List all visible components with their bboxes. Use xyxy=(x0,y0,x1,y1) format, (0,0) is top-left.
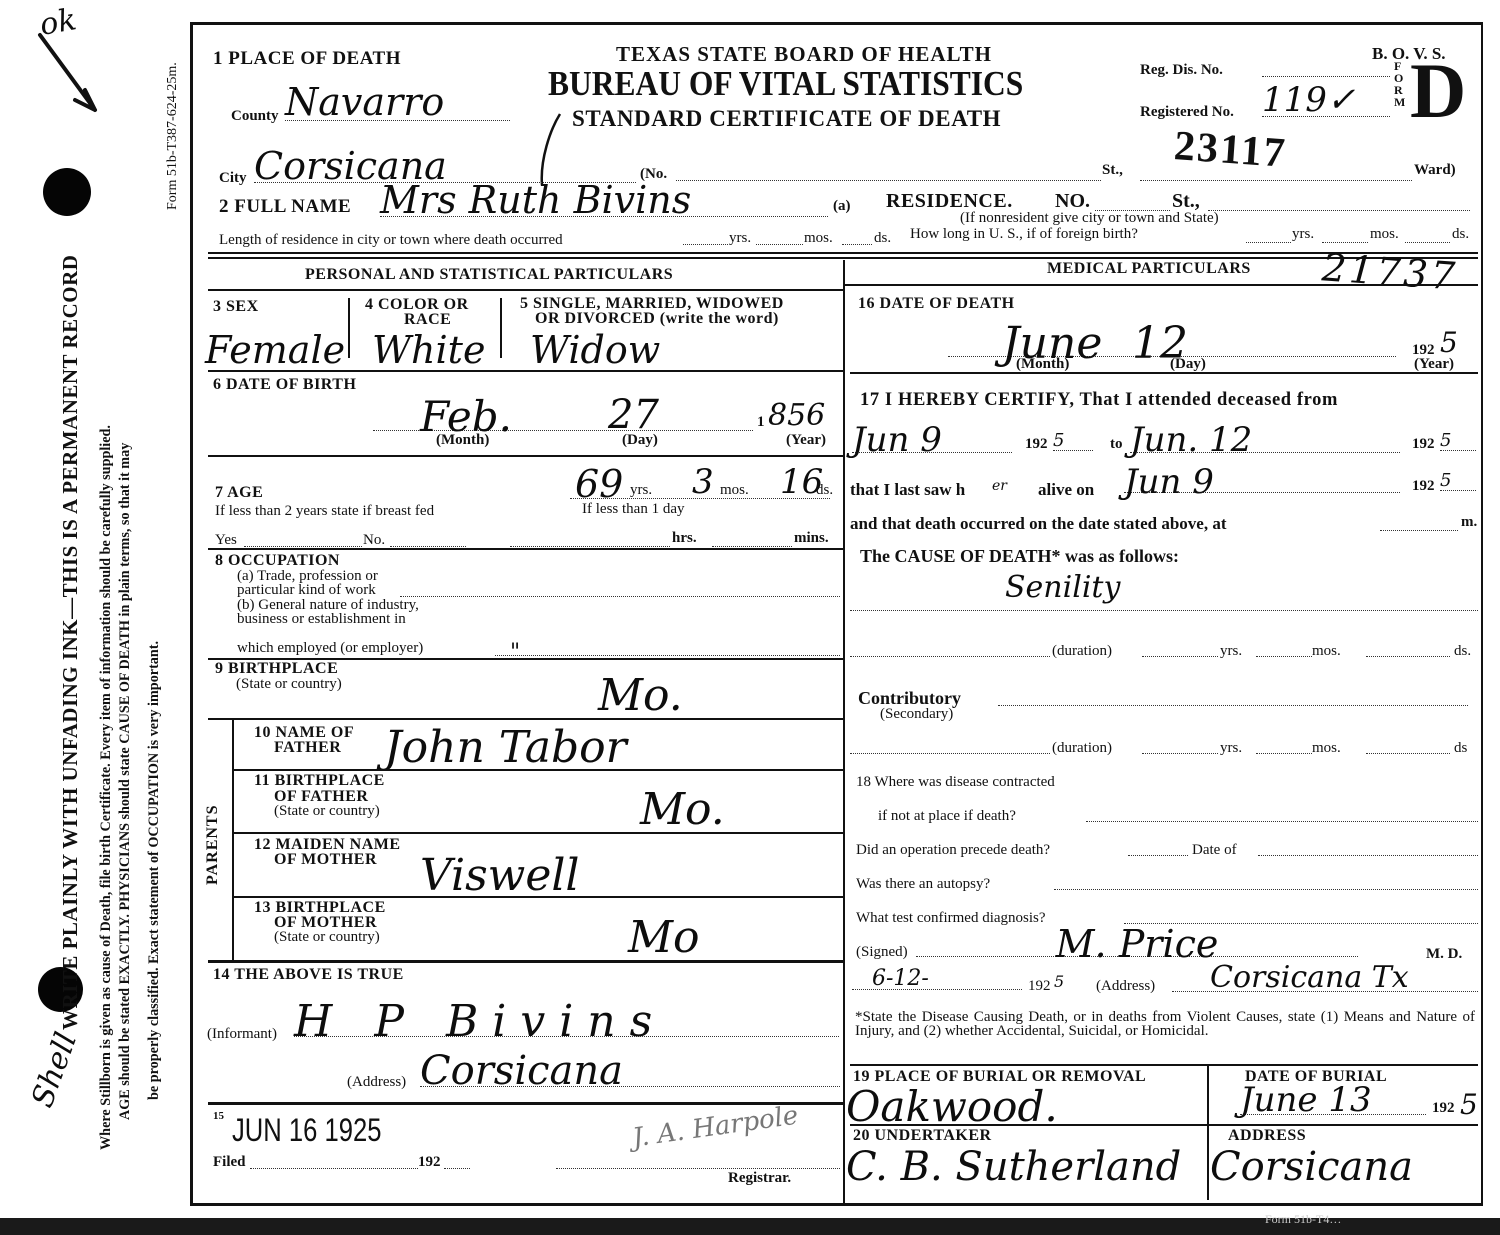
county-field[interactable]: Navarro xyxy=(285,80,510,121)
physician-signature-field[interactable]: M. Price xyxy=(916,922,1358,957)
filed-label: Filed xyxy=(213,1154,246,1171)
birthplace-field[interactable]: Mo. xyxy=(598,670,683,721)
hrs-label: hrs. xyxy=(672,530,697,547)
autopsy-label: Was there an autopsy? xyxy=(856,876,990,893)
mother-birthplace-field[interactable]: Mo xyxy=(628,912,700,963)
cause-duration-field[interactable] xyxy=(850,654,1050,657)
informant-address-field[interactable]: Corsicana xyxy=(420,1048,840,1087)
footnote: *State the Disease Causing Death, or in … xyxy=(855,1010,1475,1038)
city-label: City xyxy=(219,170,247,187)
divider xyxy=(208,718,843,720)
nonresident-note: (If nonresident give city or town and St… xyxy=(960,210,1219,227)
residence-ds-field[interactable] xyxy=(842,232,872,245)
place-of-death-title: 1 PLACE OF DEATH xyxy=(213,48,401,70)
registered-no-label: Registered No. xyxy=(1140,104,1234,121)
race-field[interactable]: White xyxy=(372,328,485,372)
header-divider-2 xyxy=(208,257,1478,259)
margin-instruction-2: Where Stillborn is given as cause of Dea… xyxy=(98,425,115,1150)
date-of-death-label: 16 DATE OF DEATH xyxy=(858,295,1015,313)
birthplace-sub-label: (State or country) xyxy=(236,676,342,693)
attended-to-field[interactable]: Jun. 12 xyxy=(1130,420,1400,453)
mos-label: mos. xyxy=(720,482,749,499)
personal-section-title: PERSONAL AND STATISTICAL PARTICULARS xyxy=(305,266,673,284)
last-saw-pronoun-field[interactable]: er xyxy=(992,478,1007,494)
ward-label: Ward) xyxy=(1414,162,1456,179)
burial-year-prefix: 192 xyxy=(1432,1100,1455,1117)
yrs-label: yrs. xyxy=(1220,643,1242,660)
cause-line xyxy=(850,608,1478,611)
divider-thick xyxy=(208,1102,843,1105)
physician-address-field[interactable]: Corsicana Tx xyxy=(1172,960,1478,992)
divider xyxy=(208,370,843,372)
duration-label: (duration) xyxy=(1052,643,1112,660)
last-saw-label-2: alive on xyxy=(1038,480,1094,500)
ds-label: ds. xyxy=(1452,226,1469,243)
contrib-yrs-field[interactable] xyxy=(1142,751,1218,754)
divider xyxy=(208,289,843,291)
operation-date-field[interactable] xyxy=(1258,853,1478,856)
foreign-mos-field[interactable] xyxy=(1322,230,1368,243)
filed-year-prefix: 192 xyxy=(418,1154,441,1171)
year-caption: (Year) xyxy=(786,432,826,449)
duration-ds-field[interactable] xyxy=(1366,654,1450,657)
less-than-day-label: If less than 1 day xyxy=(582,501,684,518)
ds-label: ds. xyxy=(816,482,833,499)
occupation-b-2: business or establishment in xyxy=(237,611,406,628)
m-label: m. xyxy=(1461,514,1477,531)
day-caption: (Day) xyxy=(622,432,658,449)
certificate-title: STANDARD CERTIFICATE OF DEATH xyxy=(572,106,1001,132)
father-birthplace-label-3: (State or country) xyxy=(274,803,380,820)
contrib-mos-field[interactable] xyxy=(1256,751,1312,754)
marital-status-field[interactable]: Widow xyxy=(530,328,660,372)
occupation-b-3: which employed (or employer) xyxy=(237,640,423,657)
mother-birthplace-label-3: (State or country) xyxy=(274,929,380,946)
last-saw-year-prefix: 192 xyxy=(1412,478,1435,495)
footer-form-code: Form 51b-T4… xyxy=(1265,1212,1341,1227)
breast-fed-yes-field[interactable] xyxy=(244,534,362,547)
undertaker-field[interactable]: C. B. Sutherland xyxy=(846,1144,1181,1190)
residence-a-label: (a) xyxy=(833,198,851,215)
foreign-ds-field[interactable] xyxy=(1405,230,1450,243)
divider xyxy=(845,284,1478,286)
divider xyxy=(850,372,1478,374)
punch-hole-top xyxy=(43,168,91,216)
burial-date-field[interactable]: June 13 xyxy=(1240,1080,1426,1115)
residence-mos-field[interactable] xyxy=(756,232,803,245)
last-saw-label-1: that I last saw h xyxy=(850,480,965,500)
time-of-death-field[interactable] xyxy=(1380,518,1458,531)
registrar-field[interactable] xyxy=(556,1158,840,1169)
sex-label: 3 SEX xyxy=(213,298,259,316)
month-caption: (Month) xyxy=(436,432,489,449)
month-caption: (Month) xyxy=(1016,356,1069,373)
divider xyxy=(850,1124,1478,1126)
mother-maiden-name-field[interactable]: Viswell xyxy=(420,850,580,901)
disease-contracted-field[interactable] xyxy=(1086,819,1478,822)
registrar-label: Registrar. xyxy=(728,1170,791,1187)
ward-field[interactable] xyxy=(1140,166,1412,181)
divider xyxy=(850,1064,1478,1066)
ds-label: ds. xyxy=(1454,643,1471,660)
full-name-field[interactable]: Mrs Ruth Bivins xyxy=(380,178,828,217)
yrs-label: yrs. xyxy=(630,482,652,499)
contributory-field[interactable] xyxy=(998,703,1468,706)
reg-dis-field[interactable] xyxy=(1262,62,1390,77)
parents-side-label: PARENTS xyxy=(204,805,222,886)
divider-thick xyxy=(208,960,843,963)
hours-field[interactable] xyxy=(510,534,670,547)
mins-label: mins. xyxy=(794,530,829,547)
undertaker-address-label: ADDRESS xyxy=(1228,1127,1306,1145)
street-label: St., xyxy=(1102,162,1123,179)
margin-instruction-4: be properly classified. Exact statement … xyxy=(146,641,163,1100)
arrow-mark-icon xyxy=(35,30,105,120)
contrib-ds-field[interactable] xyxy=(1366,751,1450,754)
physician-address-label: (Address) xyxy=(1096,978,1155,995)
divider-v xyxy=(500,298,502,358)
attended-from-field[interactable]: Jun 9 xyxy=(852,420,1012,453)
last-saw-date-field[interactable]: Jun 9 xyxy=(1124,462,1400,493)
dod-year-field[interactable]: 5 xyxy=(1440,326,1458,359)
reg-dis-label: Reg. Dis. No. xyxy=(1140,62,1223,79)
margin-instruction-main: WRITE PLAINLY WITH UNFADING INK—THIS IS … xyxy=(58,255,83,1030)
filed-number: 15 xyxy=(213,1110,224,1122)
divider xyxy=(232,896,843,898)
divider xyxy=(232,769,843,771)
q18-label-1: 18 Where was disease contracted xyxy=(856,774,1055,791)
mos-label: mos. xyxy=(1312,643,1341,660)
breast-fed-label: If less than 2 years state if breast fed xyxy=(215,503,434,520)
margin-annotation-shell: Shell xyxy=(25,1028,84,1112)
informant-label: (Informant) xyxy=(207,1026,277,1043)
dob-year-field[interactable]: 856 xyxy=(768,398,825,433)
divider xyxy=(208,548,843,550)
registered-no-field[interactable]: 119✓ xyxy=(1262,80,1390,117)
operation-label: Did an operation precede death? xyxy=(856,842,1050,859)
occupation-ditto-mark: " xyxy=(510,640,520,665)
form-code: Form 51b-T387-624-25m. xyxy=(165,62,181,210)
age-years-field[interactable]: 69 xyxy=(575,462,623,506)
duration-mos-field[interactable] xyxy=(1256,654,1312,657)
age-months-field[interactable]: 3 xyxy=(692,462,714,502)
occupation-employer-field[interactable] xyxy=(495,643,840,656)
column-divider xyxy=(843,260,845,1205)
form-letter: M xyxy=(1394,96,1405,108)
medical-stamp-number: 21737 xyxy=(1321,245,1460,298)
operation-field[interactable] xyxy=(1128,853,1188,856)
last-saw-year-field[interactable]: 5 xyxy=(1440,470,1476,491)
filed-date-field[interactable] xyxy=(250,1158,418,1169)
form-vertical-letters: F O R M xyxy=(1394,60,1405,108)
length-of-residence-label: Length of residence in city or town wher… xyxy=(219,232,563,249)
father-name-field[interactable]: John Tabor xyxy=(384,722,627,773)
day-caption: (Day) xyxy=(1170,356,1206,373)
no-label: No. xyxy=(363,532,385,549)
ds-label: ds xyxy=(1454,740,1467,757)
death-occurred-text: and that death occurred on the date stat… xyxy=(850,514,1227,534)
full-name-label: 2 FULL NAME xyxy=(219,196,351,218)
form-d-letter: D xyxy=(1410,56,1466,126)
mos-label: mos. xyxy=(1312,740,1341,757)
bureau-title: BUREAU OF VITAL STATISTICS xyxy=(548,64,1023,104)
q18-label-2: if not at place if death? xyxy=(878,808,1016,825)
medical-section-title: MEDICAL PARTICULARS xyxy=(1047,260,1251,278)
signed-label: (Signed) xyxy=(856,944,908,961)
certify-text: 17 I HEREBY CERTIFY, That I attended dec… xyxy=(860,390,1338,411)
secondary-label: (Secondary) xyxy=(880,706,953,723)
sex-field[interactable]: Female xyxy=(205,328,345,372)
attended-from-year-prefix: 192 xyxy=(1025,436,1048,453)
year-caption: (Year) xyxy=(1414,356,1454,373)
ds-label: ds. xyxy=(874,230,891,247)
filed-year-field[interactable] xyxy=(444,1158,470,1169)
margin-instruction-3: AGE should be stated EXACTLY. PHYSICIANS… xyxy=(117,443,134,1120)
race-label-2: RACE xyxy=(404,311,451,329)
mins-field[interactable] xyxy=(712,534,792,547)
attended-from-year-field[interactable]: 5 xyxy=(1053,430,1093,451)
yrs-label: yrs. xyxy=(729,230,751,247)
age-label: 7 AGE xyxy=(215,484,263,502)
undertaker-label: 20 UNDERTAKER xyxy=(853,1127,992,1145)
breast-fed-no-field[interactable] xyxy=(390,534,466,547)
header-divider xyxy=(208,252,1478,254)
mos-label: mos. xyxy=(1370,226,1399,243)
divider xyxy=(208,455,843,457)
attended-to-year-field[interactable]: 5 xyxy=(1440,430,1476,451)
occupation-trade-field[interactable] xyxy=(400,584,840,597)
cause-of-death-label: The CAUSE OF DEATH* was as follows: xyxy=(860,546,1179,567)
informant-address-label: (Address) xyxy=(347,1074,406,1091)
mother-name-label-2: OF MOTHER xyxy=(274,851,377,869)
undertaker-address-field[interactable]: Corsicana xyxy=(1210,1144,1413,1190)
divider-v xyxy=(1207,1066,1209,1200)
foreign-yrs-field[interactable] xyxy=(1246,230,1291,243)
contributory-duration-field[interactable] xyxy=(850,751,1050,754)
cause-of-death-field[interactable]: Senility xyxy=(1005,570,1120,605)
divider-v xyxy=(348,298,350,358)
above-is-true-label: 14 THE ABOVE IS TRUE xyxy=(213,966,404,984)
foreign-birth-label: How long in U. S., if of foreign birth? xyxy=(910,226,1138,243)
parents-divider-v xyxy=(232,720,234,960)
autopsy-field[interactable] xyxy=(1054,887,1478,890)
residence-yrs-field[interactable] xyxy=(683,232,728,245)
signed-year-prefix: 192 xyxy=(1028,978,1051,995)
burial-year-field[interactable]: 5 xyxy=(1460,1088,1478,1121)
father-birthplace-field[interactable]: Mo. xyxy=(640,784,725,835)
marital-label-2: OR DIVORCED (write the word) xyxy=(535,310,779,328)
county-label: County xyxy=(231,108,279,125)
signed-date-field[interactable]: 6-12- xyxy=(852,966,1022,990)
informant-field[interactable]: H P Bivins xyxy=(294,996,839,1037)
signed-year-field[interactable]: 5 xyxy=(1054,972,1064,991)
dob-label: 6 DATE OF BIRTH xyxy=(213,376,356,394)
attended-to-year-prefix: 192 xyxy=(1412,436,1435,453)
yrs-label: yrs. xyxy=(1292,226,1314,243)
to-label: to xyxy=(1110,436,1123,453)
yes-label: Yes xyxy=(215,532,237,549)
filed-date-stamp: JUN 16 1925 xyxy=(232,1112,381,1149)
yrs-label: yrs. xyxy=(1220,740,1242,757)
father-name-label-2: FATHER xyxy=(274,739,341,757)
dob-year-prefix: 1 xyxy=(757,414,765,431)
date-of-label: Date of xyxy=(1192,842,1237,859)
duration-yrs-field[interactable] xyxy=(1142,654,1218,657)
duration-label: (duration) xyxy=(1052,740,1112,757)
mos-label: mos. xyxy=(804,230,833,247)
residence-street-field[interactable] xyxy=(1208,198,1470,211)
divider xyxy=(232,832,843,834)
